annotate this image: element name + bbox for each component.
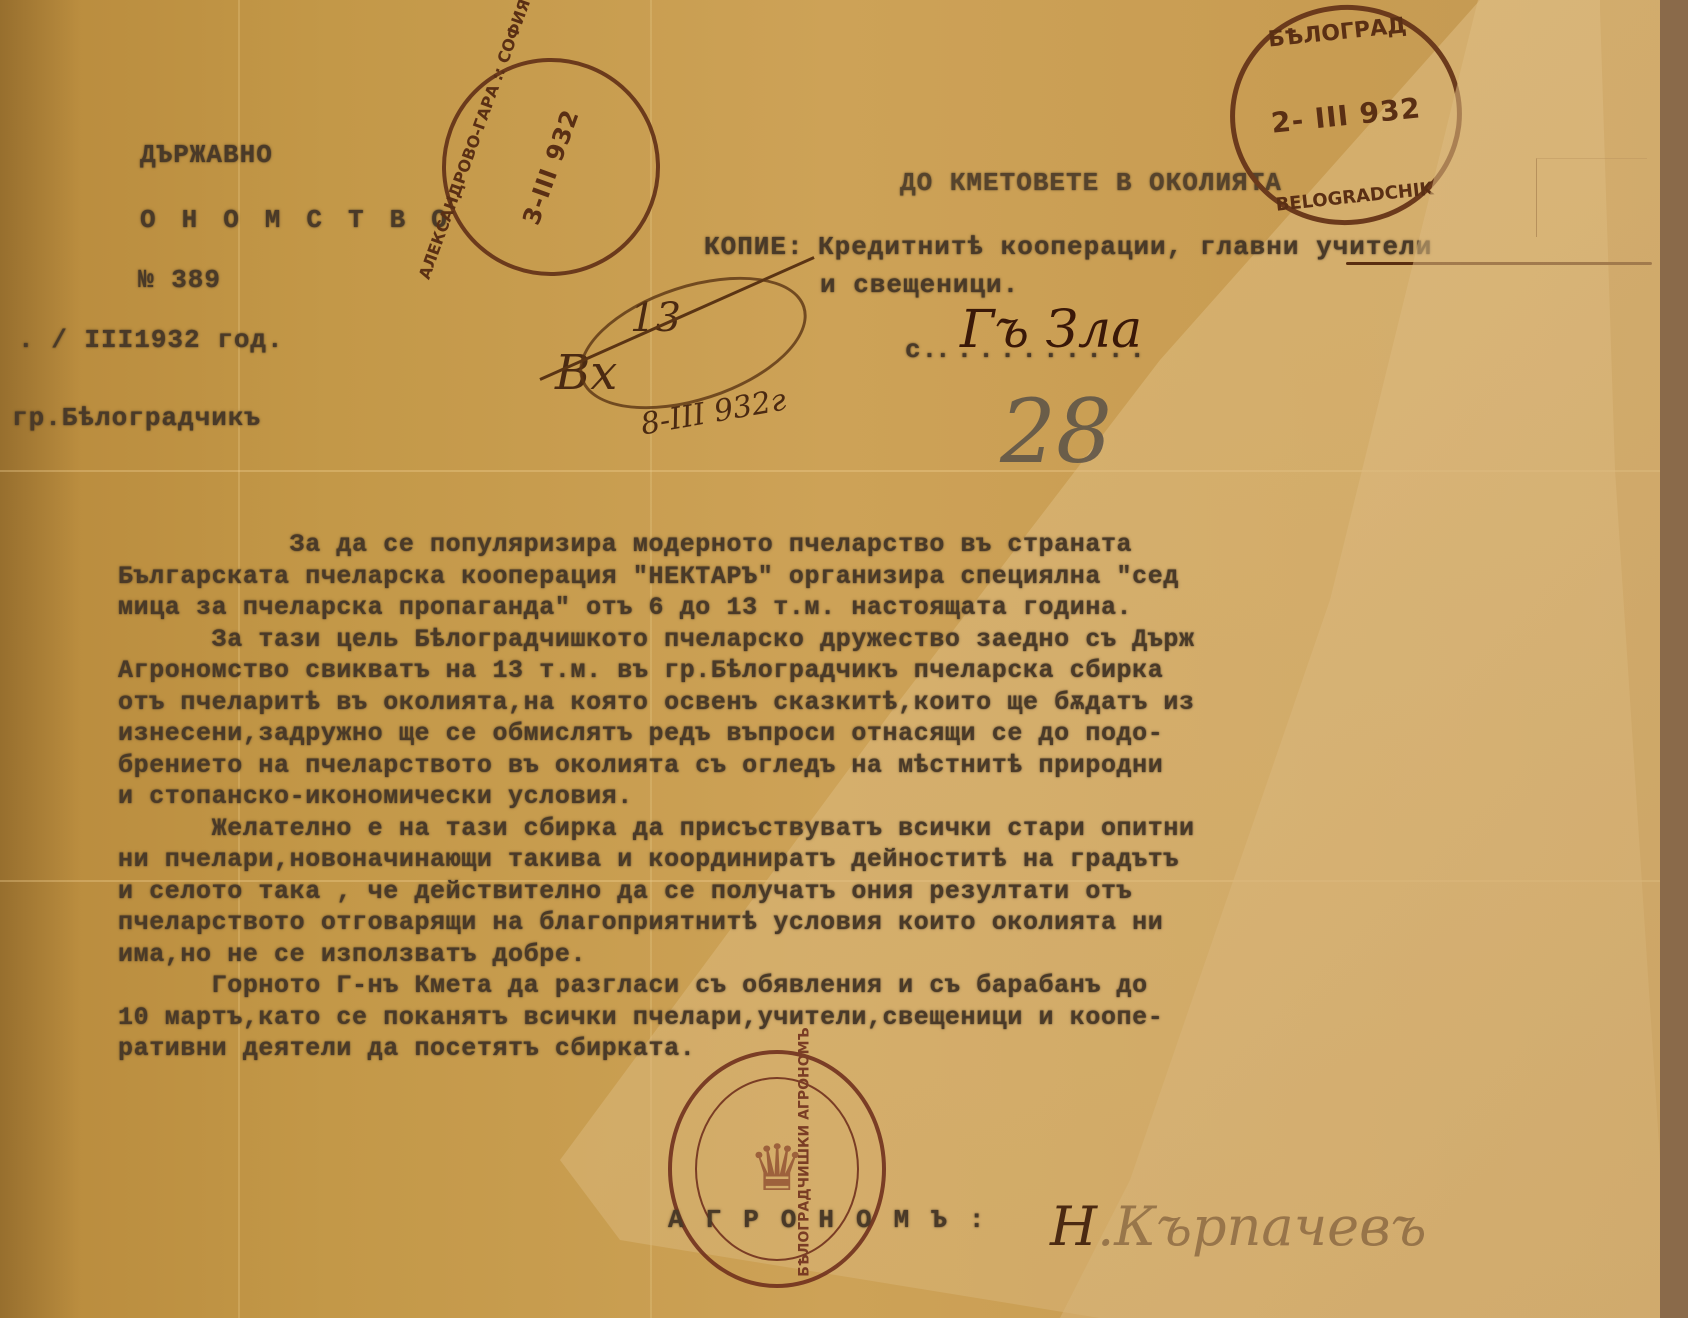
signature-title: АГРОНОМЪ: (668, 1205, 1006, 1235)
document-date: . / III1932 год. (18, 325, 284, 355)
body-line: и селото така , че действително да се по… (118, 877, 1132, 906)
postmark-aleksandrovo: АЛЕКСАНДРОВО-ГАРА :: СОФИЯ 3-III 932 (411, 27, 690, 306)
body-line: ни пчелари,новоначинающи такива и коорди… (118, 845, 1179, 874)
sender-line2: ОНОМСТВО (140, 205, 473, 235)
copy-line2: и свещеници. (820, 270, 1019, 300)
village-handwritten: Гъ Зла (960, 300, 1142, 360)
body-line: Българската пчеларска кооперация "НЕКТАР… (118, 562, 1179, 591)
body-line: пчеларството отговарящи на благоприятнит… (118, 908, 1163, 937)
paper-shadow (0, 0, 80, 1318)
sender-place: гр.Бѣлоградчикъ (12, 403, 261, 433)
copy-line1: Кредитнитѣ кооперации, главни учители (818, 232, 1432, 262)
postmark-ring-text: АЛЕКСАНДРОВО-ГАРА :: СОФИЯ (415, 0, 534, 282)
body-line: и стопанско-икономически условия. (118, 782, 633, 811)
body-line: За тази цель Бѣлоградчишкото пчеларско д… (118, 625, 1195, 654)
body-line: 10 мартъ,като се поканятъ всички пчелари… (118, 1003, 1163, 1032)
village-prefix: с. (905, 335, 938, 365)
document-number: № 389 (138, 265, 221, 295)
pencil-number: 28 (1000, 380, 1112, 483)
body-line: отъ пчеларитѣ въ околията,на която освен… (118, 688, 1195, 717)
body-line: ративни деятели да посетятъ сбирката. (118, 1034, 695, 1063)
coat-of-arms-icon: ♛ (748, 1132, 805, 1206)
sender-line1: ДЪРЖАВНО (140, 140, 273, 170)
copy-label: КОПИЕ: (704, 232, 804, 262)
body-line: Желателно е на тази сбирка да присъствув… (118, 814, 1195, 843)
body-line: мица за пчеларска пропаганда" отъ 6 до 1… (118, 593, 1132, 622)
body-line: има,но не се използватъ добре. (118, 940, 586, 969)
body-line: изнесени,задружно ще се обмислятъ редъ в… (118, 719, 1163, 748)
postmark-date: 2- III 932 (1270, 91, 1423, 140)
postmark-date: 3-III 932 (517, 105, 585, 228)
body-line: Горното Г-нъ Кмета да разгласи съ обявле… (118, 971, 1148, 1000)
body-line: За да се популяризира модерното пчеларст… (118, 530, 1132, 559)
body-line: брението на пчеларството въ околията съ … (118, 751, 1163, 780)
postmark-ring-text-top: БѢЛОГРАД (1267, 13, 1408, 52)
body-line: Агрономство свикватъ на 13 т.м. въ гр.Бѣ… (118, 656, 1163, 685)
addressee-to: ДО КМЕТОВЕТЕ В ОКОЛИЯТА (900, 168, 1282, 198)
seal-agronomist: БѢЛОГРАДЧИШКИ АГРОНОМЪ ♛ (668, 1050, 886, 1288)
